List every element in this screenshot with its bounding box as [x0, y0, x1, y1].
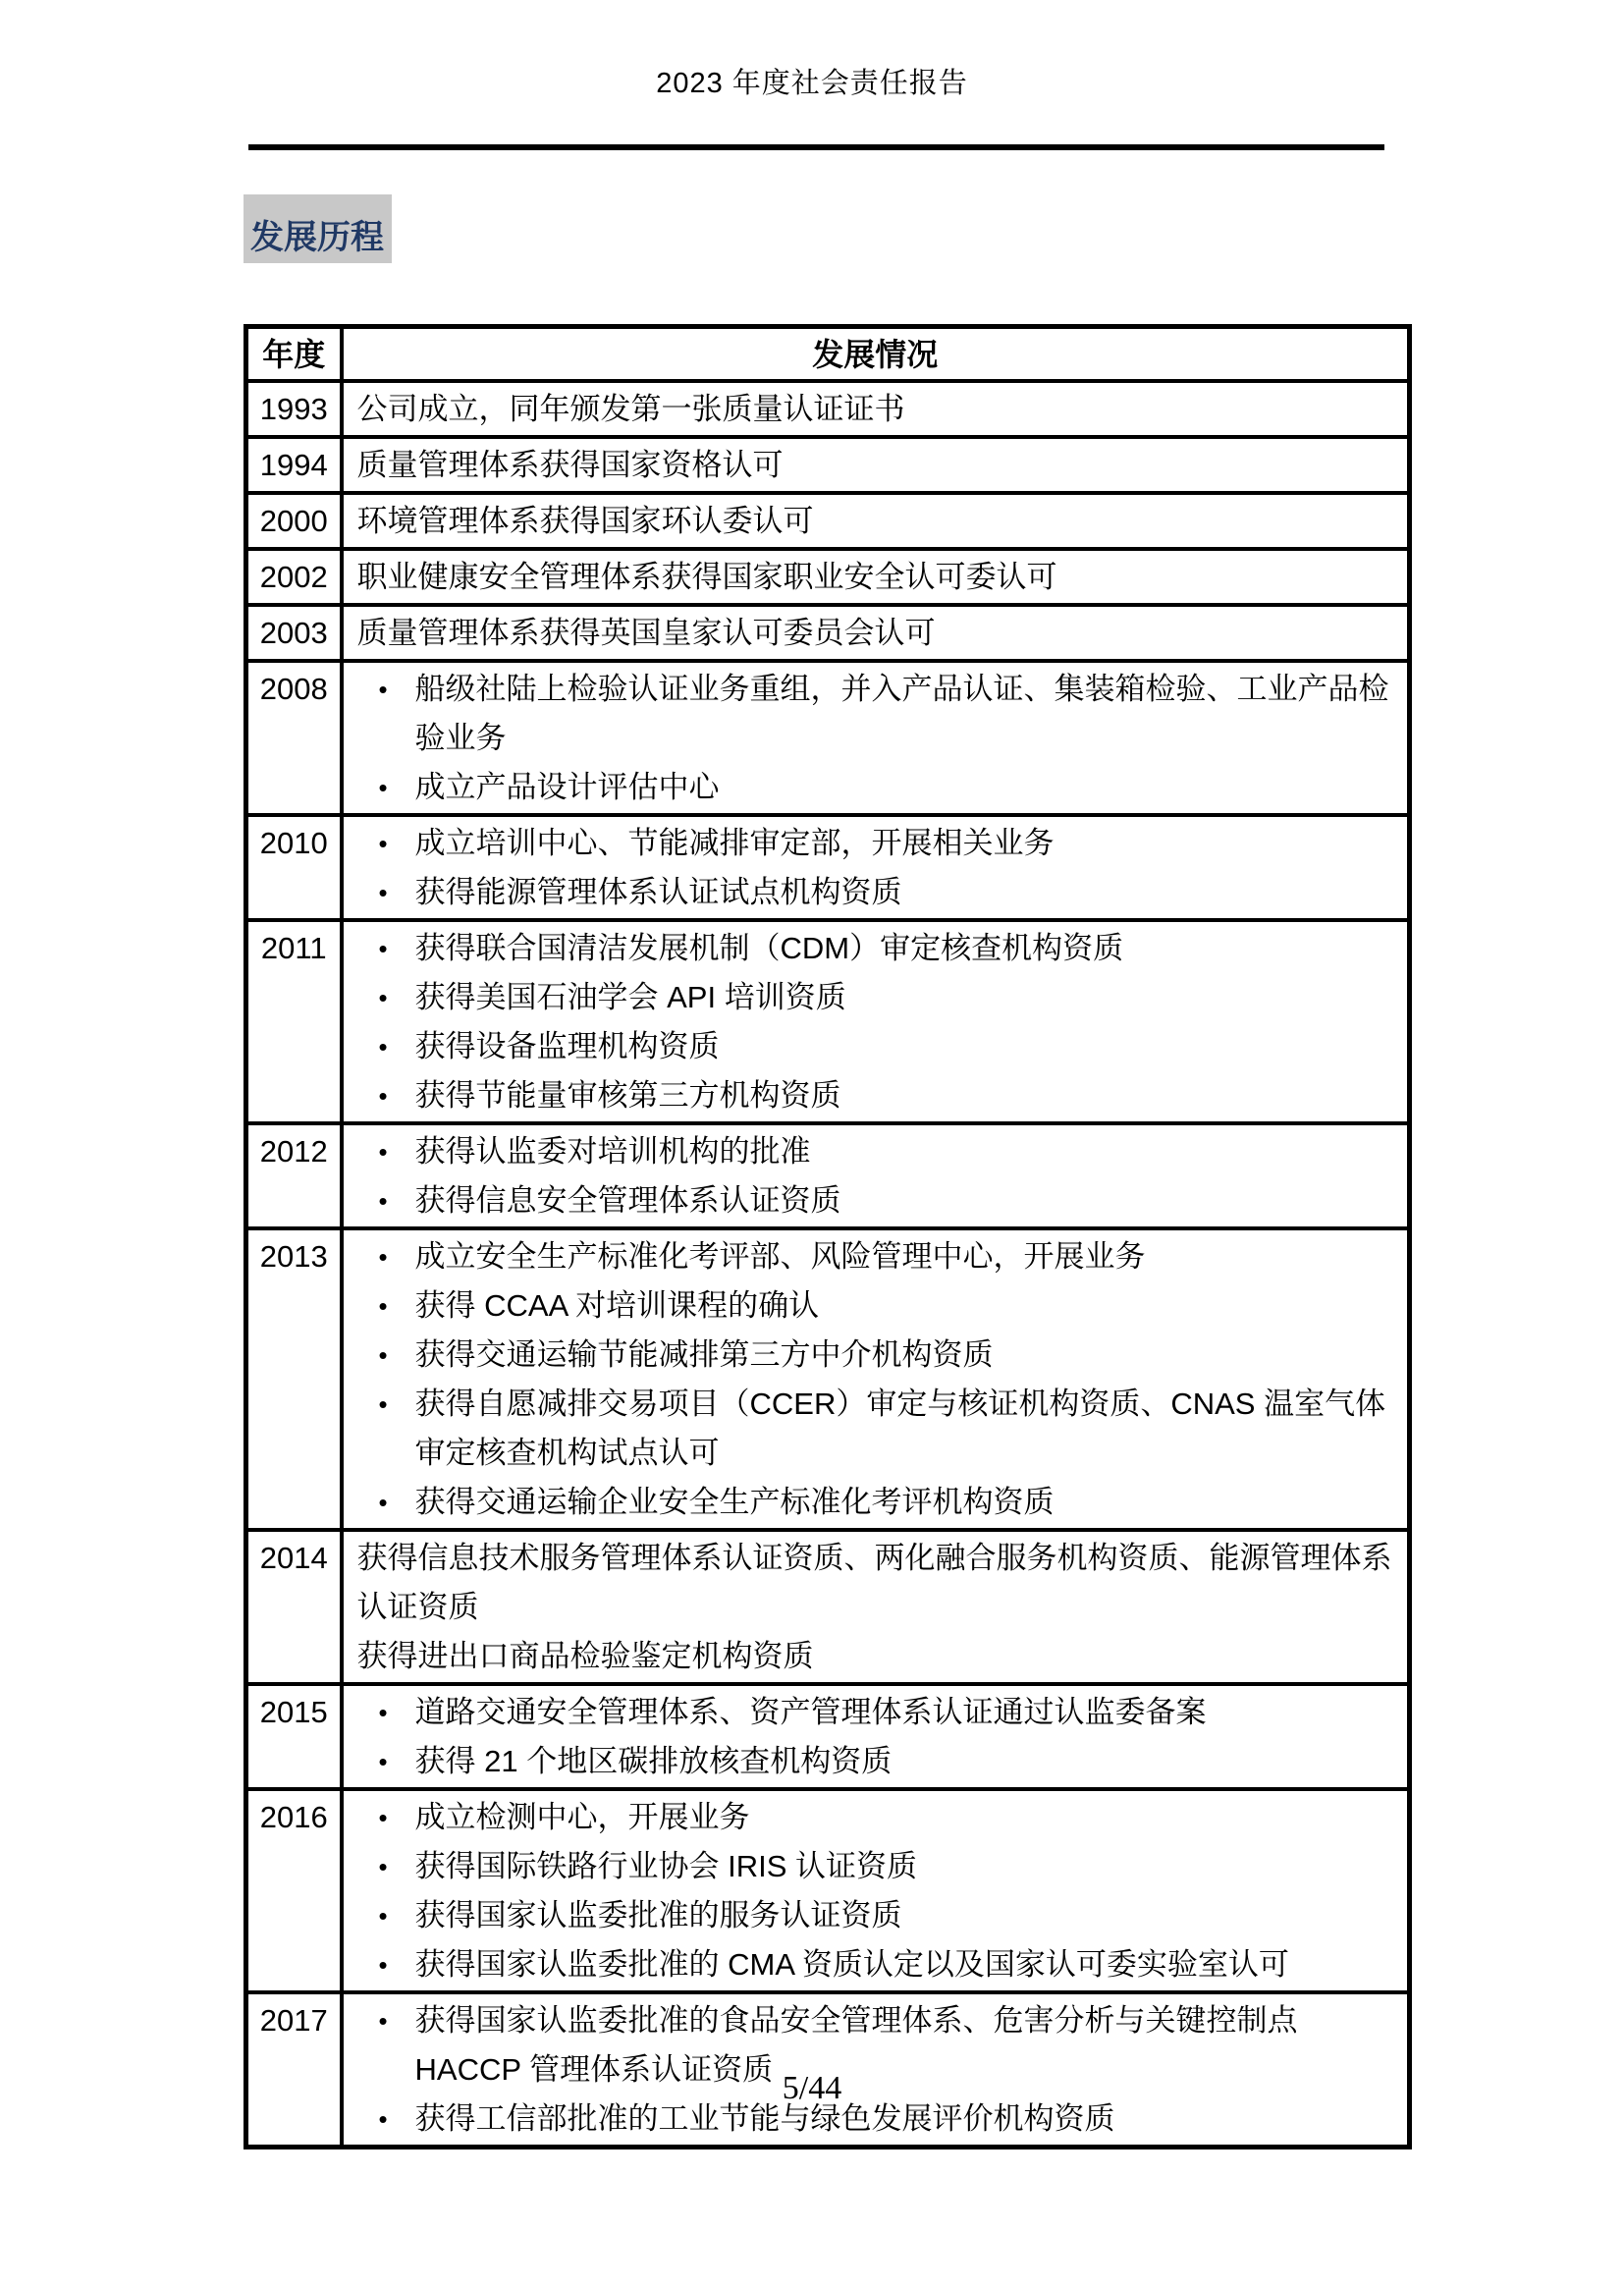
bullet-icon: •	[379, 868, 388, 917]
year-cell: 2013	[246, 1228, 342, 1530]
bullet-item: •成立产品设计评估中心	[357, 763, 1398, 812]
bullet-icon: •	[379, 1737, 388, 1786]
page-number: 5/44	[0, 2070, 1624, 2107]
bullet-icon: •	[379, 1176, 388, 1225]
bullet-icon: •	[379, 665, 388, 714]
year-cell: 1994	[246, 437, 342, 493]
table-row: 1994 质量管理体系获得国家资格认可	[246, 437, 1410, 493]
table-row: 2011 •获得联合国清洁发展机制（CDM）审定核查机构资质•获得美国石油学会 …	[246, 920, 1410, 1123]
bullet-icon: •	[379, 1127, 388, 1176]
table-header-development: 发展情况	[342, 327, 1410, 382]
year-cell: 2012	[246, 1123, 342, 1228]
bullet-item: •获得设备监理机构资质	[357, 1022, 1398, 1071]
table-row: 2014 获得信息技术服务管理体系认证资质、两化融合服务机构资质、能源管理体系认…	[246, 1530, 1410, 1684]
text-item: 职业健康安全管理体系获得国家职业安全认可委认可	[357, 553, 1398, 602]
development-cell: 获得信息技术服务管理体系认证资质、两化融合服务机构资质、能源管理体系认证资质获得…	[342, 1530, 1410, 1684]
development-cell: •获得联合国清洁发展机制（CDM）审定核查机构资质•获得美国石油学会 API 培…	[342, 920, 1410, 1123]
bullet-icon: •	[379, 1478, 388, 1527]
bullet-icon: •	[379, 1331, 388, 1380]
table-row: 2000 环境管理体系获得国家环认委认可	[246, 493, 1410, 549]
development-cell: 职业健康安全管理体系获得国家职业安全认可委认可	[342, 549, 1410, 605]
bullet-item: •获得认监委对培训机构的批准	[357, 1127, 1398, 1176]
bullet-item: •获得美国石油学会 API 培训资质	[357, 973, 1398, 1022]
bullet-icon: •	[379, 1996, 388, 2045]
year-cell: 2011	[246, 920, 342, 1123]
development-cell: •成立检测中心，开展业务•获得国际铁路行业协会 IRIS 认证资质•获得国家认监…	[342, 1789, 1410, 1992]
bullet-icon: •	[379, 1380, 388, 1429]
year-cell: 2010	[246, 815, 342, 920]
bullet-icon: •	[379, 973, 388, 1022]
development-history-table: 年度 发展情况 1993 公司成立，同年颁发第一张质量认证证书 1994 质量管…	[244, 324, 1412, 2149]
development-cell: 环境管理体系获得国家环认委认可	[342, 493, 1410, 549]
bullet-icon: •	[379, 924, 388, 973]
bullet-item: •获得节能量审核第三方机构资质	[357, 1071, 1398, 1120]
development-cell: 公司成立，同年颁发第一张质量认证证书	[342, 381, 1410, 437]
development-cell: 质量管理体系获得英国皇家认可委员会认可	[342, 605, 1410, 661]
bullet-icon: •	[379, 1232, 388, 1281]
table-row: 2012 •获得认监委对培训机构的批准•获得信息安全管理体系认证资质	[246, 1123, 1410, 1228]
bullet-icon: •	[379, 1793, 388, 1842]
table-row: 2008 •船级社陆上检验认证业务重组，并入产品认证、集装箱检验、工业产品检验业…	[246, 661, 1410, 815]
bullet-icon: •	[379, 1842, 388, 1891]
table-row: 2013 •成立安全生产标准化考评部、风险管理中心，开展业务•获得 CCAA 对…	[246, 1228, 1410, 1530]
development-cell: •成立安全生产标准化考评部、风险管理中心，开展业务•获得 CCAA 对培训课程的…	[342, 1228, 1410, 1530]
year-cell: 2000	[246, 493, 342, 549]
bullet-item: •成立安全生产标准化考评部、风险管理中心，开展业务	[357, 1232, 1398, 1281]
bullet-icon: •	[379, 1071, 388, 1120]
bullet-item: •获得国家认监委批准的服务认证资质	[357, 1891, 1398, 1940]
bullet-item: •成立检测中心，开展业务	[357, 1793, 1398, 1842]
development-cell: •道路交通安全管理体系、资产管理体系认证通过认监委备案•获得 21 个地区碳排放…	[342, 1684, 1410, 1789]
section-title: 发展历程	[244, 194, 392, 263]
table-row: 2010 •成立培训中心、节能减排审定部，开展相关业务•获得能源管理体系认证试点…	[246, 815, 1410, 920]
table-header: 年度 发展情况	[246, 327, 1410, 382]
table-row: 2016 •成立检测中心，开展业务•获得国际铁路行业协会 IRIS 认证资质•获…	[246, 1789, 1410, 1992]
bullet-item: •获得能源管理体系认证试点机构资质	[357, 868, 1398, 917]
table-header-year: 年度	[246, 327, 342, 382]
page-header-title: 2023 年度社会责任报告	[0, 61, 1624, 101]
year-cell: 1993	[246, 381, 342, 437]
bullet-item: •获得联合国清洁发展机制（CDM）审定核查机构资质	[357, 924, 1398, 973]
bullet-item: •获得国际铁路行业协会 IRIS 认证资质	[357, 1842, 1398, 1891]
bullet-item: •获得交通运输企业安全生产标准化考评机构资质	[357, 1478, 1398, 1527]
text-item: 环境管理体系获得国家环认委认可	[357, 497, 1398, 546]
bullet-icon: •	[379, 763, 388, 812]
table-body: 1993 公司成立，同年颁发第一张质量认证证书 1994 质量管理体系获得国家资…	[246, 381, 1410, 2148]
text-item: 获得进出口商品检验鉴定机构资质	[357, 1632, 1398, 1681]
bullet-item: •成立培训中心、节能减排审定部，开展相关业务	[357, 819, 1398, 868]
year-cell: 2002	[246, 549, 342, 605]
text-item: 质量管理体系获得国家资格认可	[357, 441, 1398, 490]
bullet-item: •船级社陆上检验认证业务重组，并入产品认证、集装箱检验、工业产品检验业务	[357, 665, 1398, 763]
table-row: 2015 •道路交通安全管理体系、资产管理体系认证通过认监委备案•获得 21 个…	[246, 1684, 1410, 1789]
bullet-item: •获得国家认监委批准的 CMA 资质认定以及国家认可委实验室认可	[357, 1940, 1398, 1989]
table-row: 1993 公司成立，同年颁发第一张质量认证证书	[246, 381, 1410, 437]
development-cell: •成立培训中心、节能减排审定部，开展相关业务•获得能源管理体系认证试点机构资质	[342, 815, 1410, 920]
table-header-row: 年度 发展情况	[246, 327, 1410, 382]
bullet-icon: •	[379, 1688, 388, 1737]
bullet-item: •获得 21 个地区碳排放核查机构资质	[357, 1737, 1398, 1786]
text-item: 公司成立，同年颁发第一张质量认证证书	[357, 385, 1398, 434]
bullet-icon: •	[379, 1940, 388, 1989]
bullet-item: •获得信息安全管理体系认证资质	[357, 1176, 1398, 1225]
development-cell: •获得认监委对培训机构的批准•获得信息安全管理体系认证资质	[342, 1123, 1410, 1228]
table-row: 2002 职业健康安全管理体系获得国家职业安全认可委认可	[246, 549, 1410, 605]
year-cell: 2003	[246, 605, 342, 661]
bullet-item: •道路交通安全管理体系、资产管理体系认证通过认监委备案	[357, 1688, 1398, 1737]
bullet-icon: •	[379, 1281, 388, 1331]
year-cell: 2015	[246, 1684, 342, 1789]
text-item: 质量管理体系获得英国皇家认可委员会认可	[357, 609, 1398, 658]
development-cell: •船级社陆上检验认证业务重组，并入产品认证、集装箱检验、工业产品检验业务•成立产…	[342, 661, 1410, 815]
bullet-item: •获得自愿减排交易项目（CCER）审定与核证机构资质、CNAS 温室气体审定核查…	[357, 1380, 1398, 1478]
bullet-icon: •	[379, 819, 388, 868]
year-cell: 2016	[246, 1789, 342, 1992]
bullet-icon: •	[379, 1891, 388, 1940]
table-row: 2003 质量管理体系获得英国皇家认可委员会认可	[246, 605, 1410, 661]
development-cell: 质量管理体系获得国家资格认可	[342, 437, 1410, 493]
report-page: { "page": { "header_title": "2023 年度社会责任…	[0, 0, 1624, 2285]
text-item: 获得信息技术服务管理体系认证资质、两化融合服务机构资质、能源管理体系认证资质	[357, 1534, 1398, 1632]
header-rule	[248, 144, 1384, 150]
year-cell: 2008	[246, 661, 342, 815]
bullet-icon: •	[379, 1022, 388, 1071]
bullet-item: •获得交通运输节能减排第三方中介机构资质	[357, 1331, 1398, 1380]
year-cell: 2014	[246, 1530, 342, 1684]
bullet-item: •获得 CCAA 对培训课程的确认	[357, 1281, 1398, 1331]
